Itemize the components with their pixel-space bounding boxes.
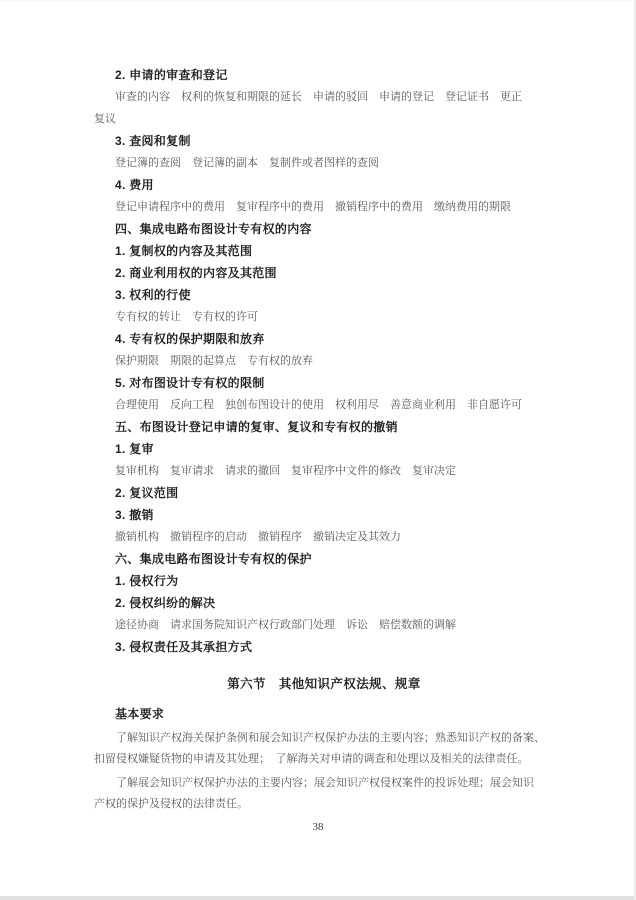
document-page: 2. 申请的审查和登记审查的内容 权利的恢复和期限的延长 申请的驳回 申请的登记…	[0, 0, 636, 900]
terms-line: 撤销机构 撤销程序的启动 撤销程序 撤销决定及其效力	[94, 526, 554, 548]
terms-line: 登记申请程序中的费用 复审程序中的费用 撤销程序中的费用 缴纳费用的期限	[94, 196, 554, 218]
outline-section-heading: 四、集成电路布图设计专有权的内容	[115, 218, 554, 240]
terms-line: 审查的内容 权利的恢复和期限的延长 申请的驳回 申请的登记 登记证书 更正 复议	[94, 86, 554, 130]
document-content: 2. 申请的审查和登记审查的内容 权利的恢复和期限的延长 申请的驳回 申请的登记…	[94, 64, 554, 815]
outline-item: 3. 撤销	[115, 504, 554, 526]
outline-item: 3. 权利的行使	[115, 284, 554, 306]
outline-item: 3. 查阅和复制	[115, 130, 554, 152]
outline-section-heading: 五、布图设计登记申请的复审、复议和专有权的撤销	[115, 416, 554, 438]
outline-section-heading: 六、集成电路布图设计专有权的保护	[115, 548, 554, 570]
chapter-heading: 第六节 其他知识产权法规、规章	[94, 672, 554, 696]
terms-line: 复审机构 复审请求 请求的撤回 复审程序中文件的修改 复审决定	[94, 460, 554, 482]
outline-item: 基本要求	[115, 703, 554, 725]
terms-line: 途径协商 请求国务院知识产权行政部门处理 诉讼 赔偿数额的调解	[94, 614, 554, 636]
terms-line: 合理使用 反向工程 独创布图设计的使用 权利用尽 善意商业利用 非自愿许可	[94, 394, 554, 416]
outline-item: 1. 复制权的内容及其范围	[115, 240, 554, 262]
outline-item: 2. 侵权纠纷的解决	[115, 592, 554, 614]
outline-item: 4. 专有权的保护期限和放弃	[115, 328, 554, 350]
outline-item: 3. 侵权责任及其承担方式	[115, 636, 554, 658]
outline-item: 2. 申请的审查和登记	[115, 64, 554, 86]
requirements-paragraph: 了解展会知识产权保护办法的主要内容；展会知识产权侵权案件的投诉处理；展会知识 产…	[94, 773, 554, 815]
outline-item: 2. 复议范围	[115, 482, 554, 504]
outline-item: 5. 对布图设计专有权的限制	[115, 372, 554, 394]
outline-item: 4. 费用	[115, 174, 554, 196]
outline-item: 2. 商业利用权的内容及其范围	[115, 262, 554, 284]
terms-line: 专有权的转让 专有权的许可	[94, 306, 554, 328]
requirements-paragraph: 了解知识产权海关保护条例和展会知识产权保护办法的主要内容；熟悉知识产权的备案、 …	[94, 728, 554, 770]
outline-item: 1. 复审	[115, 438, 554, 460]
terms-line: 登记簿的查阅 登记簿的副本 复制件或者图样的查阅	[94, 152, 554, 174]
outline-item: 1. 侵权行为	[115, 570, 554, 592]
page-number: 38	[0, 821, 636, 833]
terms-line: 保护期限 期限的起算点 专有权的放弃	[94, 350, 554, 372]
